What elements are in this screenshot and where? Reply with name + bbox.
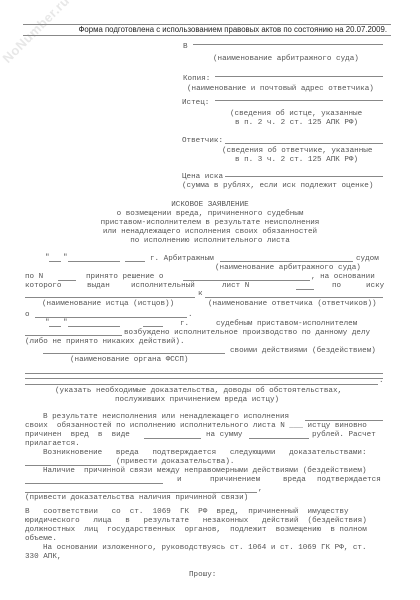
p3-line-2c: вреда	[283, 476, 306, 485]
p1-line-3c: рублей. Расчет	[312, 431, 376, 440]
p4-line-3: должностных лиц государственных органов,…	[25, 526, 367, 535]
evidence-line-3[interactable]	[25, 384, 378, 385]
p3-caption: (привести доказательства наличия причинн…	[25, 494, 248, 503]
p3-line-2a: и	[177, 476, 182, 485]
claim-text: иску	[366, 282, 384, 291]
harm-type-field[interactable]	[144, 438, 201, 439]
price-field[interactable]	[225, 176, 383, 177]
request-heading: Прошу:	[189, 571, 216, 580]
defendant-name-caption: (наименование ответчика (ответчиков))	[208, 300, 377, 309]
p1-line-3a: причинен вред в виде	[25, 431, 130, 440]
p2-line-2: (привести доказательства).	[116, 458, 234, 467]
plaintiff-caption-2: в п. 2 ч. 2 ст. 125 АПК РФ)	[235, 119, 358, 128]
harm-evidence-field[interactable]	[25, 465, 111, 466]
g-text: г.	[180, 320, 189, 329]
bailiff-name-field[interactable]	[25, 335, 122, 336]
exec-list-number-field[interactable]	[296, 289, 314, 290]
evidence-period: .	[379, 377, 384, 386]
own-actions-text: своими действиями (бездействием)	[230, 347, 376, 356]
copy-caption: (наименование и почтовый адрес ответчика…	[187, 85, 374, 94]
arbitration-court-field[interactable]	[220, 261, 353, 262]
form-header-note: Форма подготовлена с использованием прав…	[23, 24, 391, 36]
p1-line-2: своих обязанностей по исполнению исполни…	[25, 422, 367, 431]
initiated-text: возбуждено исполнительное производство п…	[124, 329, 370, 338]
date-day-field[interactable]	[49, 261, 61, 262]
evidence-caption-1: (указать необходимые доказательства, дов…	[55, 387, 342, 396]
date-year-field[interactable]	[125, 261, 145, 262]
p2-line-1: Возникновение вреда подтверждается следу…	[43, 449, 367, 458]
doc-subtitle-4: по исполнению исполнительного листа	[0, 237, 420, 246]
p4-line-1: В соответствии со ст. 1069 ГК РФ вред, п…	[25, 508, 349, 517]
evidence-caption-2: послуживших причинением вреда истцу)	[115, 396, 279, 405]
plaintiff-name-field[interactable]	[25, 297, 195, 298]
per-text: по	[332, 282, 341, 291]
date-quote-close: "	[63, 254, 68, 263]
date2-month-field[interactable]	[68, 326, 120, 327]
causation-field[interactable]	[25, 492, 257, 493]
list-n-text: лист N	[222, 282, 249, 291]
defendant-label: Ответчик:	[182, 137, 223, 146]
defendant-name-field[interactable]	[205, 297, 383, 298]
city-court-text: г. Арбитражным	[150, 255, 214, 264]
p1-line-3b: на сумму	[206, 431, 242, 440]
p1-bailiff-field[interactable]	[305, 420, 383, 421]
decision-text: принято решение о	[86, 273, 163, 282]
p4-line-2: юридического лица в результате незаконны…	[25, 517, 367, 526]
defendant-caption-1: (сведения об ответчике, указанные	[222, 147, 372, 156]
evidence-line-2[interactable]	[25, 378, 383, 379]
p3-line-1: Наличие причинной связи между неправомер…	[43, 467, 367, 476]
doc-subtitle-3: или ненадлежащего исполнения своих обяза…	[0, 228, 420, 237]
which-text: которого	[25, 282, 61, 291]
subject-field[interactable]	[35, 317, 187, 318]
p1-line-1: В результате неисполнения или ненадлежащ…	[43, 413, 289, 422]
p4-line-4: объеме.	[25, 535, 57, 544]
harm-amount-field[interactable]	[249, 438, 309, 439]
evidence-line-1[interactable]	[25, 373, 383, 374]
p3-line-2b: причинением	[210, 476, 260, 485]
court-caption: (наименование арбитражного суда)	[213, 55, 359, 64]
price-caption: (сумма в рублях, если иск подлежит оценк…	[182, 182, 373, 191]
to-label: В	[183, 43, 188, 52]
date2-year-field[interactable]	[143, 326, 163, 327]
case-number-field[interactable]	[58, 280, 76, 281]
case-no-prefix: по N	[25, 273, 43, 282]
plaintiff-label: Истец:	[182, 99, 209, 108]
or-not-text: (либо не принято никаких действий).	[25, 338, 185, 347]
bailiff-text: судебным приставом-исполнителем	[216, 320, 357, 329]
date-month-field[interactable]	[68, 261, 120, 262]
on-basis-text: , на основании	[311, 273, 375, 282]
court-caption-2: (наименование арбитражного суда)	[215, 264, 361, 273]
plaintiff-field[interactable]	[215, 100, 383, 101]
p5-line-1: На основании изложенного, руководствуясь…	[43, 544, 367, 553]
p3-comma: ,	[258, 485, 263, 494]
copy-label: Копия:	[183, 75, 210, 84]
doc-subtitle-2: приставом-исполнителем в результате неис…	[0, 219, 420, 228]
fssp-field[interactable]	[43, 353, 225, 354]
plaintiff-name-caption: (наименование истца (истцов))	[42, 300, 174, 309]
o-text: о	[25, 311, 30, 320]
to-text: к	[198, 290, 203, 299]
court-word: судом	[356, 255, 379, 264]
date2-day-field[interactable]	[49, 326, 61, 327]
p5-line-2: 330 АПК,	[25, 553, 61, 562]
defendant-field[interactable]	[225, 143, 383, 144]
doc-title: ИСКОВОЕ ЗАЯВЛЕНИЕ	[0, 201, 420, 210]
defendant-caption-2: в п. 3 ч. 2 ст. 125 АПК РФ)	[235, 156, 358, 165]
decision-field[interactable]	[183, 280, 310, 281]
copy-field[interactable]	[215, 76, 383, 77]
p3-line-2d: подтверждается	[317, 476, 381, 485]
issued-text: выдан	[87, 282, 110, 291]
price-label: Цена иска	[182, 173, 223, 182]
period-text: .	[188, 311, 193, 320]
unlawful-actions-field[interactable]	[25, 483, 163, 484]
fssp-caption: (наименование органа ФССП)	[70, 356, 188, 365]
p1-line-4: прилагается.	[25, 440, 80, 449]
exec-text: исполнительный	[131, 282, 195, 291]
doc-subtitle-1: о возмещении вреда, причиненного судебны…	[0, 210, 420, 219]
date2-quote-close: "	[63, 319, 68, 328]
plaintiff-caption-1: (сведения об истце, указанные	[230, 110, 362, 119]
court-name-field[interactable]	[193, 44, 383, 45]
